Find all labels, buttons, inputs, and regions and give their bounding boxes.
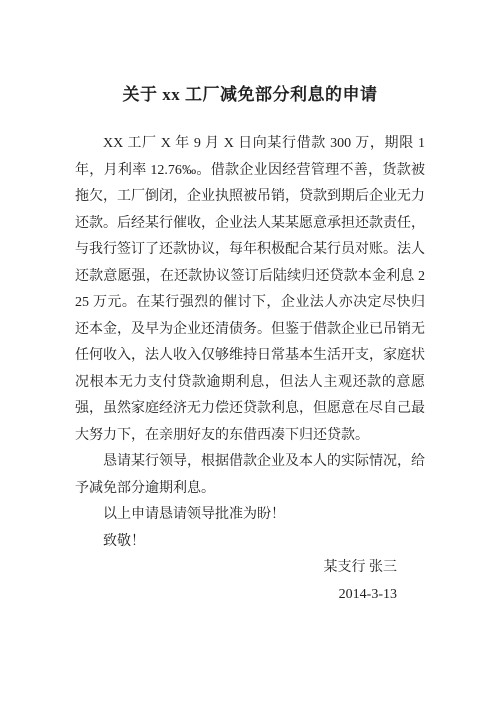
document-page: 关于 xx 工厂减免部分利息的申请 XX 工厂 X 年 9 月 X 日向某行借款… [0,0,500,707]
paragraph-request: 恳请某行领导，根据借款企业及本人的实际情况，给予减免部分逾期利息。 [75,449,425,502]
document-title: 关于 xx 工厂减免部分利息的申请 [75,84,425,106]
paragraph-approval-plea: 以上申请恳请领导批准为盼！ [75,502,425,529]
paragraph-salutation: 致敬！ [75,529,425,556]
signature-block: 某支行 张三 2014-3-13 [75,555,425,608]
paragraph-loan-background: XX 工厂 X 年 9 月 X 日向某行借款 300 万，期限 1 年，月利率 … [75,131,425,449]
signature-date: 2014-3-13 [75,582,397,609]
signature-name: 某支行 张三 [75,555,397,582]
